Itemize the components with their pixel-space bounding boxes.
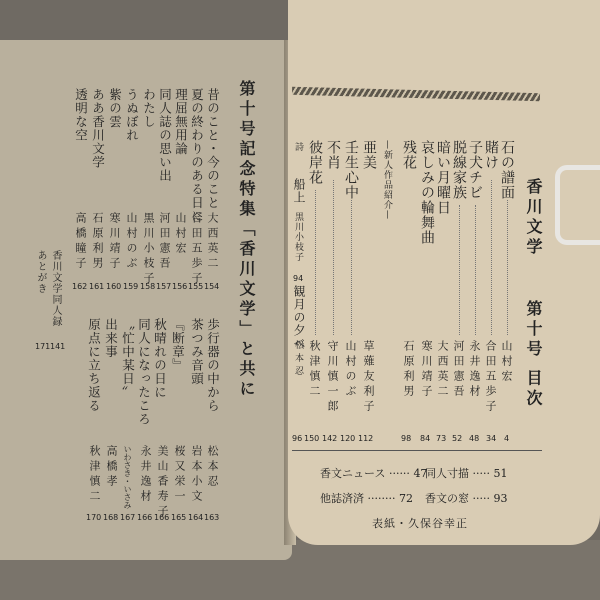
entry-author: 山村のぶ	[126, 212, 137, 272]
poem-title: 船上	[293, 178, 305, 204]
entry-title: 亜美	[362, 140, 376, 170]
page-number: 158	[140, 282, 155, 291]
page-number: 157	[156, 282, 171, 291]
special-feature-title: 第十号記念特集「香川文学」と共に	[238, 80, 254, 400]
page-number: 168	[103, 513, 118, 522]
page-number: 155	[188, 282, 203, 291]
entry-author: 合田五歩子	[191, 212, 202, 287]
entry-title: 〝忙中某日〟	[121, 318, 134, 399]
entry-title: 同人誌の思い出	[158, 88, 171, 183]
appendix-title: 香川文学同人録	[50, 250, 60, 327]
entry-author: 秋津慎二	[89, 445, 100, 505]
entry-title: 茶つみ音頭	[190, 318, 203, 386]
entry-title: 理屈無用論	[174, 88, 187, 156]
entry-author: 美山香寿子	[157, 445, 168, 520]
new-works-label: —新人作品紹介—	[382, 140, 391, 220]
entry-title: 石の譜面	[500, 140, 514, 200]
page-number: 94	[293, 274, 303, 283]
entry-author: 黒川小枝子	[143, 212, 154, 287]
entry-title: わたし	[142, 88, 155, 129]
page-number: 171	[35, 342, 50, 351]
page-number: 164	[188, 513, 203, 522]
page-number: 156	[172, 282, 187, 291]
misc-title: 他誌済済	[320, 492, 364, 505]
page-number: 51	[493, 467, 507, 480]
entry-author: 石原利男	[92, 212, 103, 272]
page-number: 4	[504, 434, 509, 443]
misc-item: 他誌済済 ········ 72	[320, 490, 413, 506]
entry-author: 大西英二	[207, 212, 218, 272]
entry-title: 出来事	[104, 318, 117, 359]
misc-item: 香文ニュース ······ 47	[320, 465, 427, 481]
entry-title: 脱線家族	[452, 140, 466, 200]
entry-author: 寒川靖子	[109, 212, 120, 272]
entry-author: 寒川靖子	[421, 340, 432, 400]
entry-title: 不肖	[326, 140, 340, 170]
entry-author: 岩本小文	[191, 445, 202, 505]
misc-item: 香文の窓 ····· 93	[425, 490, 507, 506]
entry-author: 守川慎一郎	[327, 340, 338, 415]
page-number: 165	[171, 513, 186, 522]
page-number: 170	[86, 513, 101, 522]
page-number: 84	[420, 434, 430, 443]
entry-author: 秋津慎二	[309, 340, 320, 400]
appendix-title: あとがき	[35, 250, 45, 294]
entry-title: ああ香川文学	[91, 88, 104, 169]
page-number: 161	[89, 282, 104, 291]
page-number: 120	[340, 434, 355, 443]
page-number: 93	[493, 492, 507, 505]
entry-author: 山村宏	[501, 340, 512, 385]
poetry-label: 詩	[293, 142, 302, 152]
entry-author: 高橋孝	[106, 445, 117, 490]
entry-title: 子犬チビ	[468, 140, 482, 200]
poem-author: 黒川小枝子	[293, 212, 302, 262]
entry-title: 紫の雲	[108, 88, 121, 129]
magazine-title: 香川文学	[525, 178, 541, 258]
leader-dots	[491, 180, 493, 335]
entry-author: 高橋瞳子	[75, 212, 86, 272]
divider	[292, 450, 542, 451]
page-number: 166	[154, 513, 169, 522]
entry-author: 桜又栄一	[174, 445, 185, 505]
entry-title: 残花	[402, 140, 416, 170]
page-number: 72	[399, 492, 413, 505]
entry-title: 夏の終わりのある日に	[190, 88, 203, 223]
page-number: 163	[204, 513, 219, 522]
poem-author: 松本忍	[293, 340, 302, 379]
cover-credit: 表紙・久保谷幸正	[372, 515, 468, 531]
entry-title: 『断章』	[171, 318, 184, 372]
entry-author: 草薙友利子	[363, 340, 374, 415]
entry-title: 哀しみの輪舞曲	[420, 140, 434, 245]
page-number: 160	[106, 282, 121, 291]
leader-dots	[333, 180, 335, 335]
page-number: 142	[322, 434, 337, 443]
page-number: 162	[72, 282, 87, 291]
entry-title: 壬生心中	[344, 140, 358, 200]
entry-title: 彼岸花	[308, 140, 322, 185]
misc-title: 香文の窓	[425, 492, 469, 505]
page-number: 112	[358, 434, 373, 443]
entry-title: 同人になったころ	[137, 318, 150, 426]
entry-author: 山村宏	[175, 212, 186, 257]
page-number: 167	[120, 513, 135, 522]
page-number: 34	[486, 434, 496, 443]
entry-title: 透明な空	[74, 88, 87, 142]
entry-author: 河田憲吾	[159, 212, 170, 272]
misc-title: 香文ニュース	[320, 467, 385, 480]
page-number: 150	[304, 434, 319, 443]
page-number: 166	[137, 513, 152, 522]
leader-dots	[475, 205, 477, 335]
entry-author: いわさき・いさみ	[123, 445, 131, 509]
issue-label: 第十号 目次	[525, 300, 541, 410]
misc-item: 同人寸描 ····· 51	[425, 465, 507, 481]
entry-author: 合田五歩子	[485, 340, 496, 415]
page-number: 98	[401, 434, 411, 443]
page-number: 141	[50, 342, 65, 351]
leader-dots	[351, 200, 353, 335]
misc-title: 同人寸描	[425, 467, 469, 480]
entry-author: 石原利男	[403, 340, 414, 400]
entry-title: 昔のこと・今のこと	[206, 88, 219, 210]
entry-author: 河田憲吾	[453, 340, 464, 400]
page-clip	[555, 165, 600, 245]
entry-title: 歩行器の中から	[206, 318, 219, 413]
page-number: 73	[436, 434, 446, 443]
page-number: 52	[452, 434, 462, 443]
entry-title: うぬぼれ	[125, 88, 138, 142]
entry-title: 秋晴れの日に	[153, 318, 166, 399]
page-number: 154	[204, 282, 219, 291]
entry-title: 賭け	[484, 140, 498, 170]
entry-author: 大西英二	[437, 340, 448, 400]
entry-author: 山村のぶ	[345, 340, 356, 400]
page-number: 48	[469, 434, 479, 443]
page-number: 96	[292, 434, 302, 443]
leader-dots	[507, 200, 509, 335]
entry-title: 暗い月曜日	[436, 140, 450, 215]
entry-author: 永井逸材	[140, 445, 151, 505]
entry-author: 松本忍	[207, 445, 218, 490]
leader-dots	[315, 190, 317, 335]
entry-title: 原点に立ち返る	[87, 318, 100, 413]
entry-author: 永井逸材	[469, 340, 480, 400]
left-page: 第十号記念特集「香川文学」と共に 昔のこと・今のこと 夏の終わりのある日に 理屈…	[0, 40, 292, 560]
page-number: 159	[123, 282, 138, 291]
leader-dots	[459, 205, 461, 335]
